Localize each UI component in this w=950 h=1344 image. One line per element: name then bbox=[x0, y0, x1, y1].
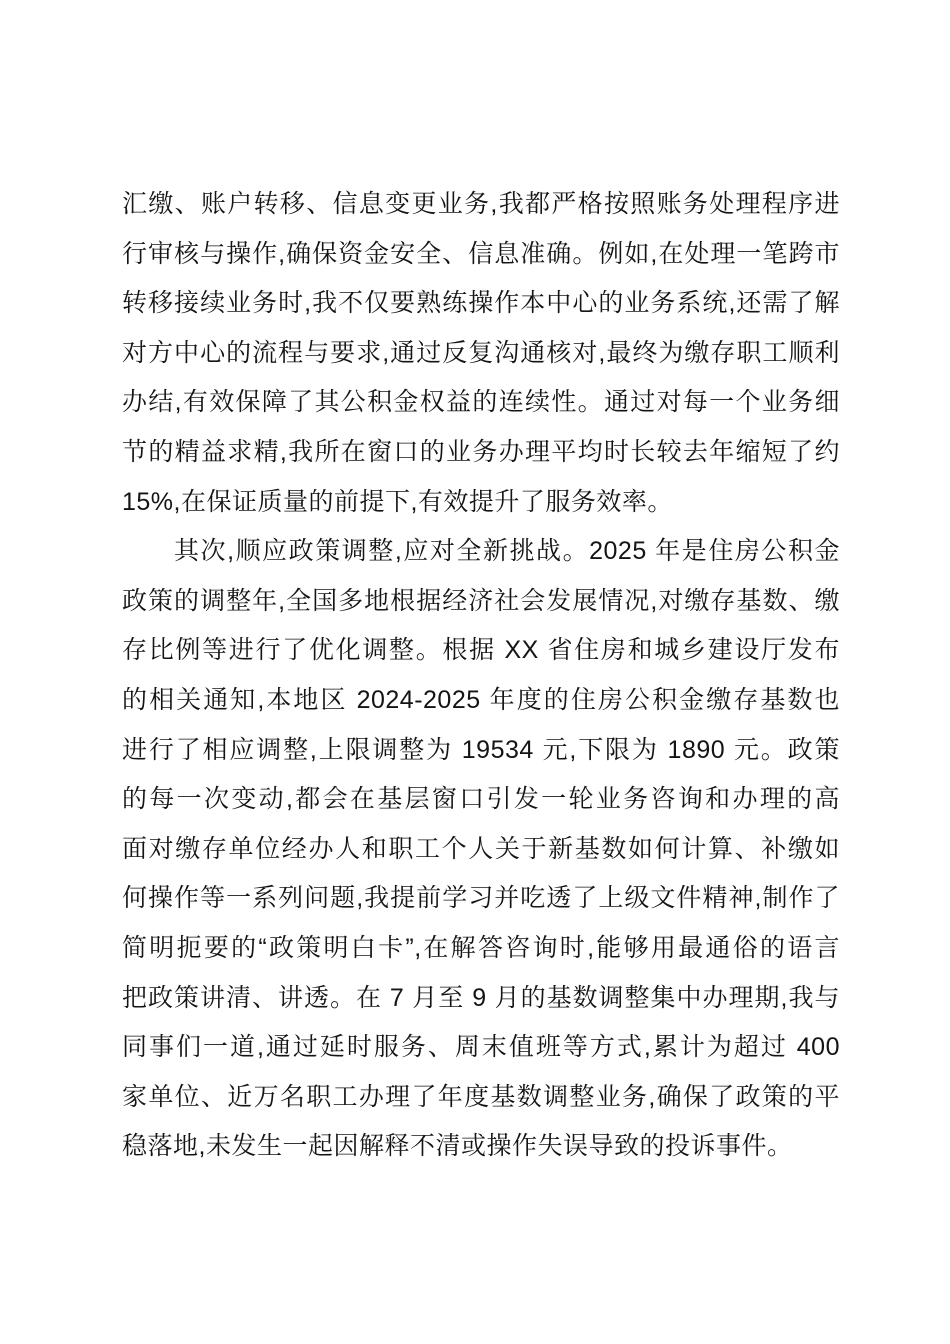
text-line: 把政策讲清、讲透。在 7 月至 9 月的基数调整集中办理期,我与 bbox=[122, 974, 840, 1024]
text-line: 家单位、近万名职工办理了年度基数调整业务,确保了政策的平 bbox=[122, 1073, 840, 1123]
text-line: 对方中心的流程与要求,通过反复沟通核对,最终为缴存职工顺利 bbox=[122, 329, 840, 379]
text-line: 其次,顺应政策调整,应对全新挑战。2025 年是住房公积金 bbox=[122, 527, 840, 577]
document-text-block: 汇缴、账户转移、信息变更业务,我都严格按照账务处理程序进 行审核与操作,确保资金… bbox=[122, 180, 840, 1172]
text-line: 办结,有效保障了其公积金权益的连续性。通过对每一个业务细 bbox=[122, 378, 840, 428]
text-line: 15%,在保证质量的前提下,有效提升了服务效率。 bbox=[122, 478, 840, 528]
text-line: 存比例等进行了优化调整。根据 XX 省住房和城乡建设厅发布 bbox=[122, 626, 840, 676]
text-line: 的相关通知,本地区 2024-2025 年度的住房公积金缴存基数也 bbox=[122, 676, 840, 726]
text-line: 进行了相应调整,上限调整为 19534 元,下限为 1890 元。政策 bbox=[122, 726, 840, 776]
text-line: 同事们一道,通过延时服务、周末值班等方式,累计为超过 400 bbox=[122, 1023, 840, 1073]
text-line: 行审核与操作,确保资金安全、信息准确。例如,在处理一笔跨市 bbox=[122, 230, 840, 280]
text-line: 面对缴存单位经办人和职工个人关于新基数如何计算、补缴如 bbox=[122, 825, 840, 875]
text-line: 政策的调整年,全国多地根据经济社会发展情况,对缴存基数、缴 bbox=[122, 577, 840, 627]
paragraph: 其次,顺应政策调整,应对全新挑战。2025 年是住房公积金 政策的调整年,全国多… bbox=[122, 527, 840, 1172]
text-line: 的每一次变动,都会在基层窗口引发一轮业务咨询和办理的高峰。 bbox=[122, 775, 840, 825]
paragraph: 汇缴、账户转移、信息变更业务,我都严格按照账务处理程序进 行审核与操作,确保资金… bbox=[122, 180, 840, 527]
text-line: 汇缴、账户转移、信息变更业务,我都严格按照账务处理程序进 bbox=[122, 180, 840, 230]
text-line: 简明扼要的“政策明白卡”,在解答咨询时,能够用最通俗的语言 bbox=[122, 924, 840, 974]
text-line: 节的精益求精,我所在窗口的业务办理平均时长较去年缩短了约 bbox=[122, 428, 840, 478]
text-line: 稳落地,未发生一起因解释不清或操作失误导致的投诉事件。 bbox=[122, 1122, 840, 1172]
text-line: 何操作等一系列问题,我提前学习并吃透了上级文件精神,制作了 bbox=[122, 874, 840, 924]
document-page: 汇缴、账户转移、信息变更业务,我都严格按照账务处理程序进 行审核与操作,确保资金… bbox=[0, 0, 950, 1344]
text-line: 转移接续业务时,我不仅要熟练操作本中心的业务系统,还需了解 bbox=[122, 279, 840, 329]
